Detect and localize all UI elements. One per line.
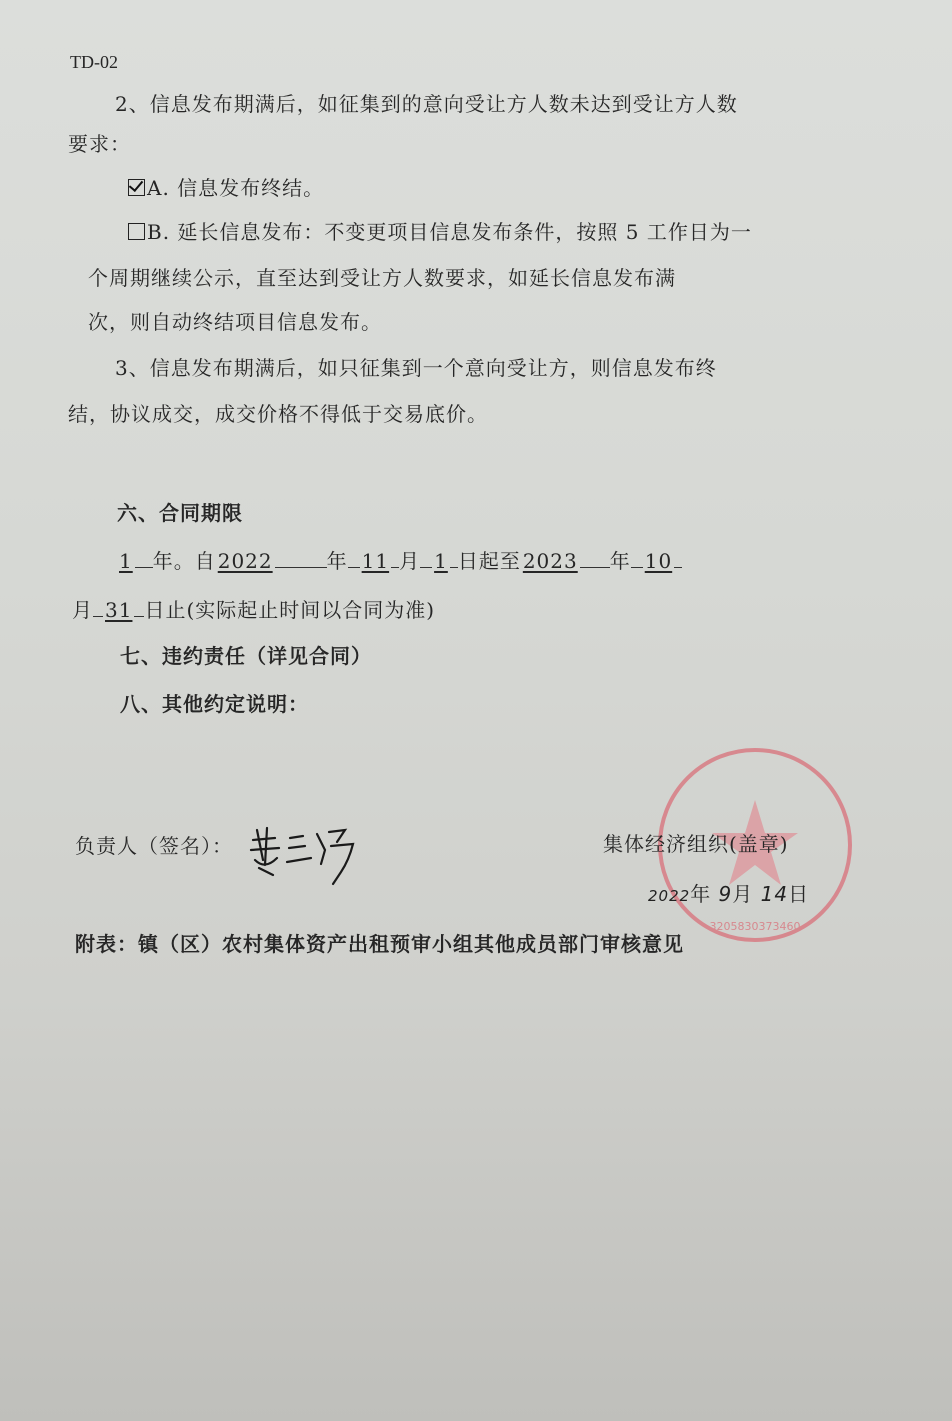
start-day-label: 日起至 xyxy=(458,549,521,573)
appendix-title: 附表：镇（区）农村集体资产出租预审小组其他成员部门审核意见 xyxy=(75,928,684,957)
document-page: TD-02 2、信息发布期满后，如征集到的意向受让方人数未达到受让方人数 要求：… xyxy=(0,0,952,1421)
option-b-line-1: B. 延长信息发布：不变更项目信息发布条件，按照 5 工作日为一 xyxy=(147,220,752,244)
sign-date: 2022年 9月 14日 xyxy=(648,878,809,907)
end-day-label: 日止(实际起止时间以合同为准) xyxy=(144,598,435,622)
option-b-line-2: 个周期继续公示，直至达到受让方人数要求，如延长信息发布满 xyxy=(88,262,676,291)
date-day: 14 xyxy=(761,882,788,906)
section-7-heading: 七、违约责任（详见合同） xyxy=(120,640,372,669)
contract-term-line-2: 月31日止(实际起止时间以合同为准) xyxy=(72,594,435,623)
section-8-heading: 八、其他约定说明： xyxy=(120,688,309,717)
signature-label: 负责人（签名）： xyxy=(75,830,233,859)
date-month: 9 xyxy=(719,882,733,906)
option-a-label: A. 信息发布终结。 xyxy=(147,176,324,200)
clause-3-line-2: 结，协议成交，成交价格不得低于交易底价。 xyxy=(68,398,488,427)
clause-3-line-1: 3、信息发布期满后，如只征集到一个意向受让方，则信息发布终 xyxy=(115,352,717,381)
handwritten-signature xyxy=(245,820,365,890)
form-code: TD-02 xyxy=(70,52,118,73)
option-a-checkbox[interactable] xyxy=(128,179,145,196)
start-month-label: 月 xyxy=(399,549,420,573)
start-year-label: 年 xyxy=(327,549,348,573)
option-b-line-3: 次，则自动终结项目信息发布。 xyxy=(88,306,382,335)
clause-2-line-1: 2、信息发布期满后，如征集到的意向受让方人数未达到受让方人数 xyxy=(115,88,738,117)
clause-2-line-2: 要求： xyxy=(68,128,131,157)
contract-term-line: 1年。自2022年11月1日起至2023年10 xyxy=(117,545,682,574)
date-year-label: 年 xyxy=(690,882,711,906)
date-year: 2022 xyxy=(648,887,690,905)
section-6-heading: 六、合同期限 xyxy=(117,497,243,526)
end-year-label: 年 xyxy=(610,549,631,573)
date-month-label: 月 xyxy=(732,882,753,906)
option-b: B. 延长信息发布：不变更项目信息发布条件，按照 5 工作日为一 xyxy=(128,216,752,245)
seal-number: 3205830373460 xyxy=(710,920,801,933)
date-day-label: 日 xyxy=(788,882,809,906)
option-a: A. 信息发布终结。 xyxy=(128,172,324,201)
org-seal-label: 集体经济组织(盖章) xyxy=(603,828,789,857)
start-month: 11 xyxy=(360,549,391,573)
end-day: 31 xyxy=(103,598,134,622)
start-day: 1 xyxy=(432,549,450,573)
start-year: 2022 xyxy=(216,549,275,573)
option-b-checkbox[interactable] xyxy=(128,223,145,240)
end-month: 10 xyxy=(643,549,674,573)
end-month-label: 月 xyxy=(72,598,93,622)
term-years: 1 xyxy=(117,549,135,573)
term-year-unit: 年。自 xyxy=(153,549,216,573)
end-year: 2023 xyxy=(521,549,580,573)
